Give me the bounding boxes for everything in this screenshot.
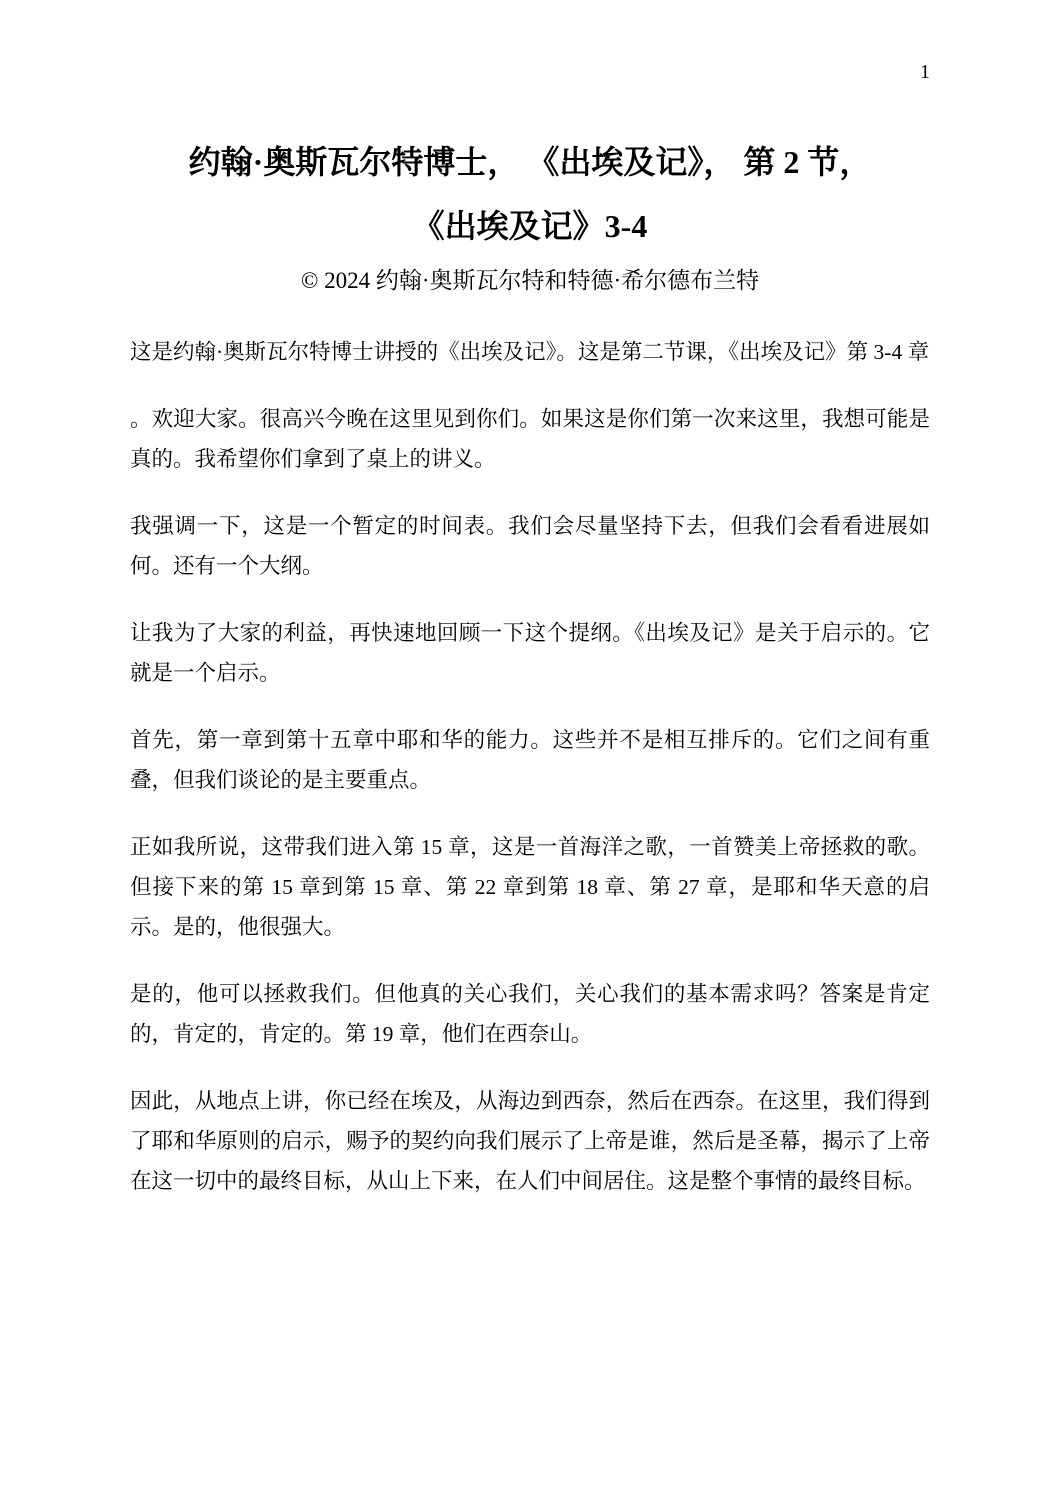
body-paragraph: 。欢迎大家。很高兴今晚在这里见到你们。如果这是你们第一次来这里，我想可能是真的。… xyxy=(130,399,930,479)
copyright-line: © 2024 约翰·奥斯瓦尔特和特德·希尔德布兰特 xyxy=(130,266,930,296)
document-body: 这是约翰·奥斯瓦尔特博士讲授的《出埃及记》。这是第二节课，《出埃及记》第 3-4… xyxy=(130,332,930,1201)
page-content: 约翰·奥斯瓦尔特博士， 《出埃及记》， 第 2 节， 《出埃及记》3-4 © 2… xyxy=(130,130,930,1228)
page-number: 1 xyxy=(920,60,930,84)
body-paragraph: 因此，从地点上讲，你已经在埃及，从海边到西奈，然后在西奈。在这里，我们得到了耶和… xyxy=(130,1081,930,1201)
document-title-line-1: 约翰·奥斯瓦尔特博士， 《出埃及记》， 第 2 节， xyxy=(130,130,930,194)
body-paragraph: 是的，他可以拯救我们。但他真的关心我们，关心我们的基本需求吗？答案是肯定的，肯定… xyxy=(130,974,930,1054)
document-title-line-2: 《出埃及记》3-4 xyxy=(130,194,930,258)
document-page: 1 约翰·奥斯瓦尔特博士， 《出埃及记》， 第 2 节， 《出埃及记》3-4 ©… xyxy=(0,0,1058,1497)
document-title: 约翰·奥斯瓦尔特博士， 《出埃及记》， 第 2 节， 《出埃及记》3-4 xyxy=(130,130,930,258)
body-paragraph: 正如我所说，这带我们进入第 15 章，这是一首海洋之歌，一首赞美上帝拯救的歌。但… xyxy=(130,827,930,947)
body-paragraph: 这是约翰·奥斯瓦尔特博士讲授的《出埃及记》。这是第二节课，《出埃及记》第 3-4… xyxy=(130,332,930,372)
body-paragraph: 我强调一下，这是一个暂定的时间表。我们会尽量坚持下去，但我们会看看进展如何。还有… xyxy=(130,506,930,586)
body-paragraph: 首先，第一章到第十五章中耶和华的能力。这些并不是相互排斥的。它们之间有重叠，但我… xyxy=(130,720,930,800)
body-paragraph: 让我为了大家的利益，再快速地回顾一下这个提纲。《出埃及记》是关于启示的。它就是一… xyxy=(130,613,930,693)
